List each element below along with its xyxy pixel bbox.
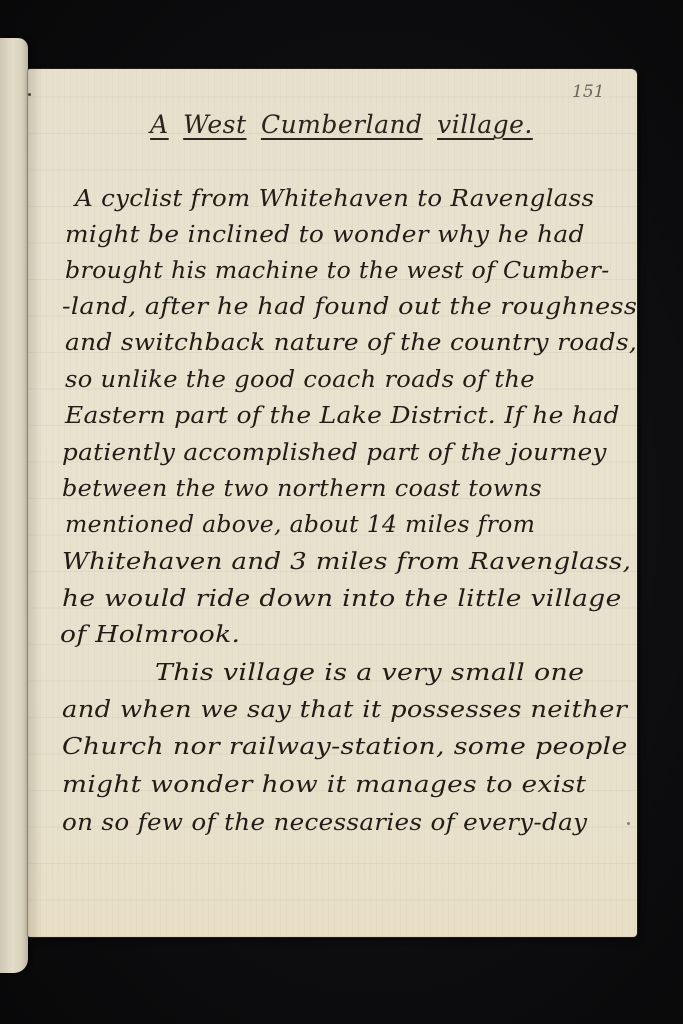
text-line: brought his machine to the west of Cumbe… [65, 260, 610, 283]
text-line: and when we say that it possesses neithe… [62, 699, 627, 722]
text-line: Eastern part of the Lake District. If he… [65, 405, 620, 428]
text-line: patiently accomplished part of the journ… [62, 442, 607, 465]
text-line: might wonder how it manages to exist [62, 774, 586, 797]
text-line: Church nor railway-station, some people [62, 736, 628, 759]
text-line: Whitehaven and 3 miles from Ravenglass, [62, 551, 631, 574]
text-line: -land, after he had found out the roughn… [62, 296, 637, 319]
text-line: on so few of the necessaries of every-da… [62, 812, 587, 835]
text-line: A cyclist from Whitehaven to Ravenglass [75, 188, 594, 211]
page-number: 151 [572, 82, 604, 102]
title-word: village. [437, 110, 533, 139]
text-line: mentioned above, about 14 miles from [65, 514, 535, 537]
previous-page-edge [0, 38, 28, 973]
text-line: and switchback nature of the country roa… [65, 332, 637, 355]
text-line: of Holmrook. [60, 624, 240, 647]
title-word: Cumberland [261, 110, 423, 139]
title-word: West [183, 110, 246, 139]
page-title: A West Cumberland village. [0, 110, 683, 139]
text-line: between the two northern coast towns [62, 478, 542, 501]
title-word: A [150, 110, 169, 139]
text-line: might be inclined to wonder why he had [65, 224, 585, 247]
text-line: he would ride down into the little villa… [62, 588, 622, 611]
paragraph-start-line: This village is a very small one [155, 662, 584, 685]
ink-speck [28, 93, 31, 96]
text-line: so unlike the good coach roads of the [65, 369, 535, 392]
ink-speck [627, 822, 630, 825]
